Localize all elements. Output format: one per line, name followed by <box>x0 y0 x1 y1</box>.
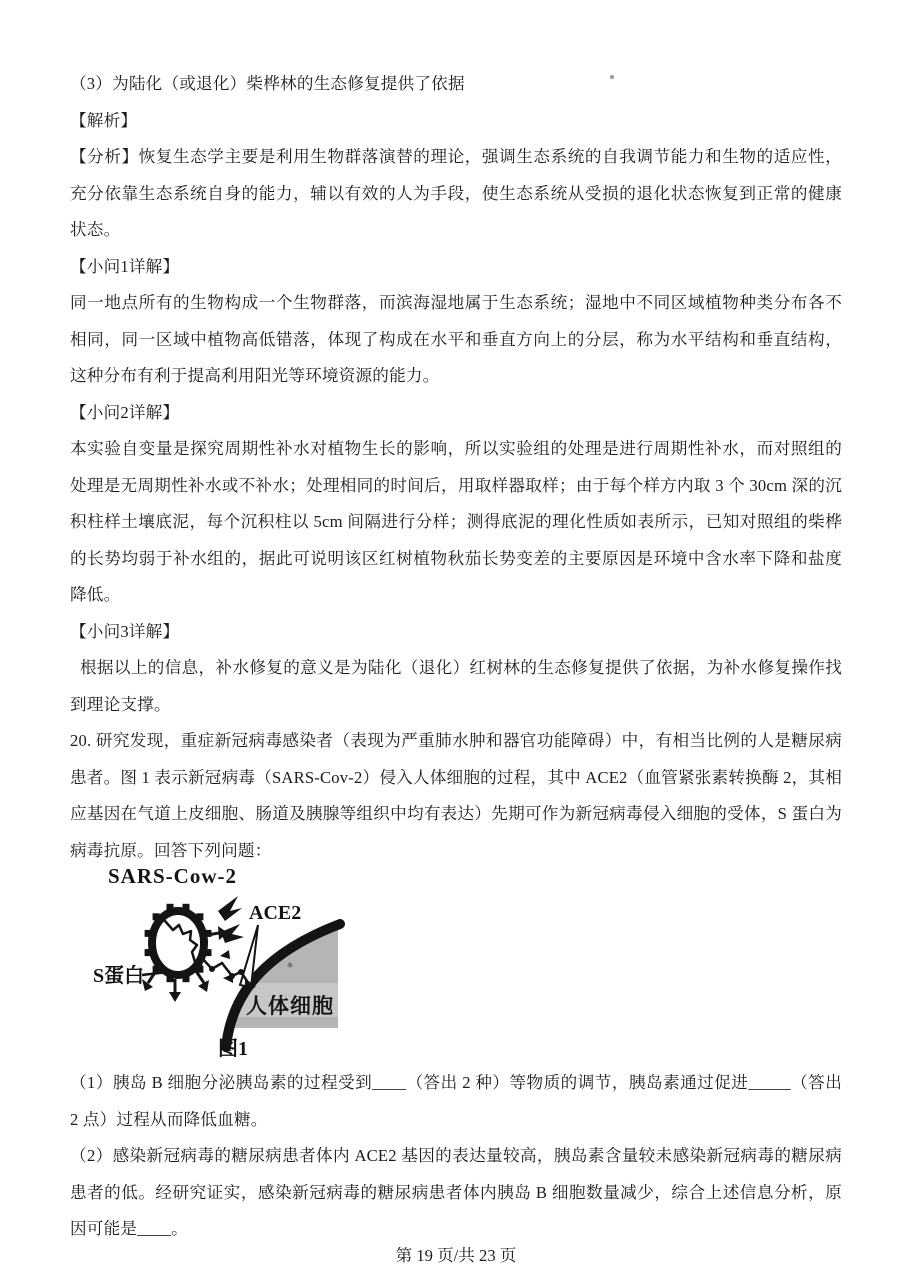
question-20-part1: （1）胰岛 B 细胞分泌胰岛素的过程受到____（答出 2 种）等物质的调节，胰… <box>70 1065 842 1138</box>
section-label-subq3: 【小问3详解】 <box>70 614 842 651</box>
detached-spike-1 <box>218 896 242 921</box>
spike-chain <box>201 957 247 981</box>
receptor-spike-1 <box>220 950 230 959</box>
subq2-explanation: 本实验自变量是探究周期性补水对植物生长的影响，所以实验组的处理是进行周期性补水，… <box>70 431 842 614</box>
figure-1: SARS-Cow-2 ACE2 S蛋白 人体细胞 图1 <box>80 863 510 1061</box>
question-20-stem: 20. 研究发现，重症新冠病毒感染者（表现为严重肺水肿和器官功能障碍）中，有相当… <box>70 723 842 869</box>
analysis-paragraph: 【分析】恢复生态学主要是利用生物群落演替的理论，强调生态系统的自我调节能力和生物… <box>70 139 842 249</box>
answer-line-q3: （3）为陆化（或退化）柴桦林的生态修复提供了依据 <box>70 66 842 103</box>
spike-chain-node <box>229 973 235 979</box>
figure-caption: 图1 <box>218 1037 248 1060</box>
section-label-subq2: 【小问2详解】 <box>70 395 842 432</box>
section-label-analysis-header: 【解析】 <box>70 103 842 140</box>
virus-label: SARS-Cow-2 <box>108 864 237 888</box>
section-label-subq1: 【小问1详解】 <box>70 249 842 286</box>
page-content: （3）为陆化（或退化）柴桦林的生态修复提供了依据 【解析】 【分析】恢复生态学主… <box>0 0 900 1268</box>
subq3-explanation: 根据以上的信息，补水修复的意义是为陆化（退化）红树林的生态修复提供了依据，为补水… <box>70 650 842 723</box>
s-protein-label: S蛋白 <box>93 963 144 987</box>
virus-icon <box>142 904 228 1002</box>
spike-chain-node <box>209 966 215 972</box>
document-page: （3）为陆化（或退化）柴桦林的生态修复提供了依据 【解析】 【分析】恢复生态学主… <box>0 0 900 1273</box>
detached-spike-2 <box>221 924 244 943</box>
spike-chain-node <box>238 969 244 975</box>
cell-smudge <box>288 963 293 968</box>
subq1-explanation: 同一地点所有的生物构成一个生物群落，而滨海湿地属于生态系统；湿地中不同区域植物种… <box>70 285 842 395</box>
question-20-part2: （2）感染新冠病毒的糖尿病患者体内 ACE2 基因的表达量较高，胰岛素含量较未感… <box>70 1138 842 1248</box>
figure-1-diagram: SARS-Cow-2 ACE2 S蛋白 人体细胞 图1 <box>80 863 510 1061</box>
ace2-label: ACE2 <box>249 902 301 924</box>
cell-label: 人体细胞 <box>246 994 334 1018</box>
